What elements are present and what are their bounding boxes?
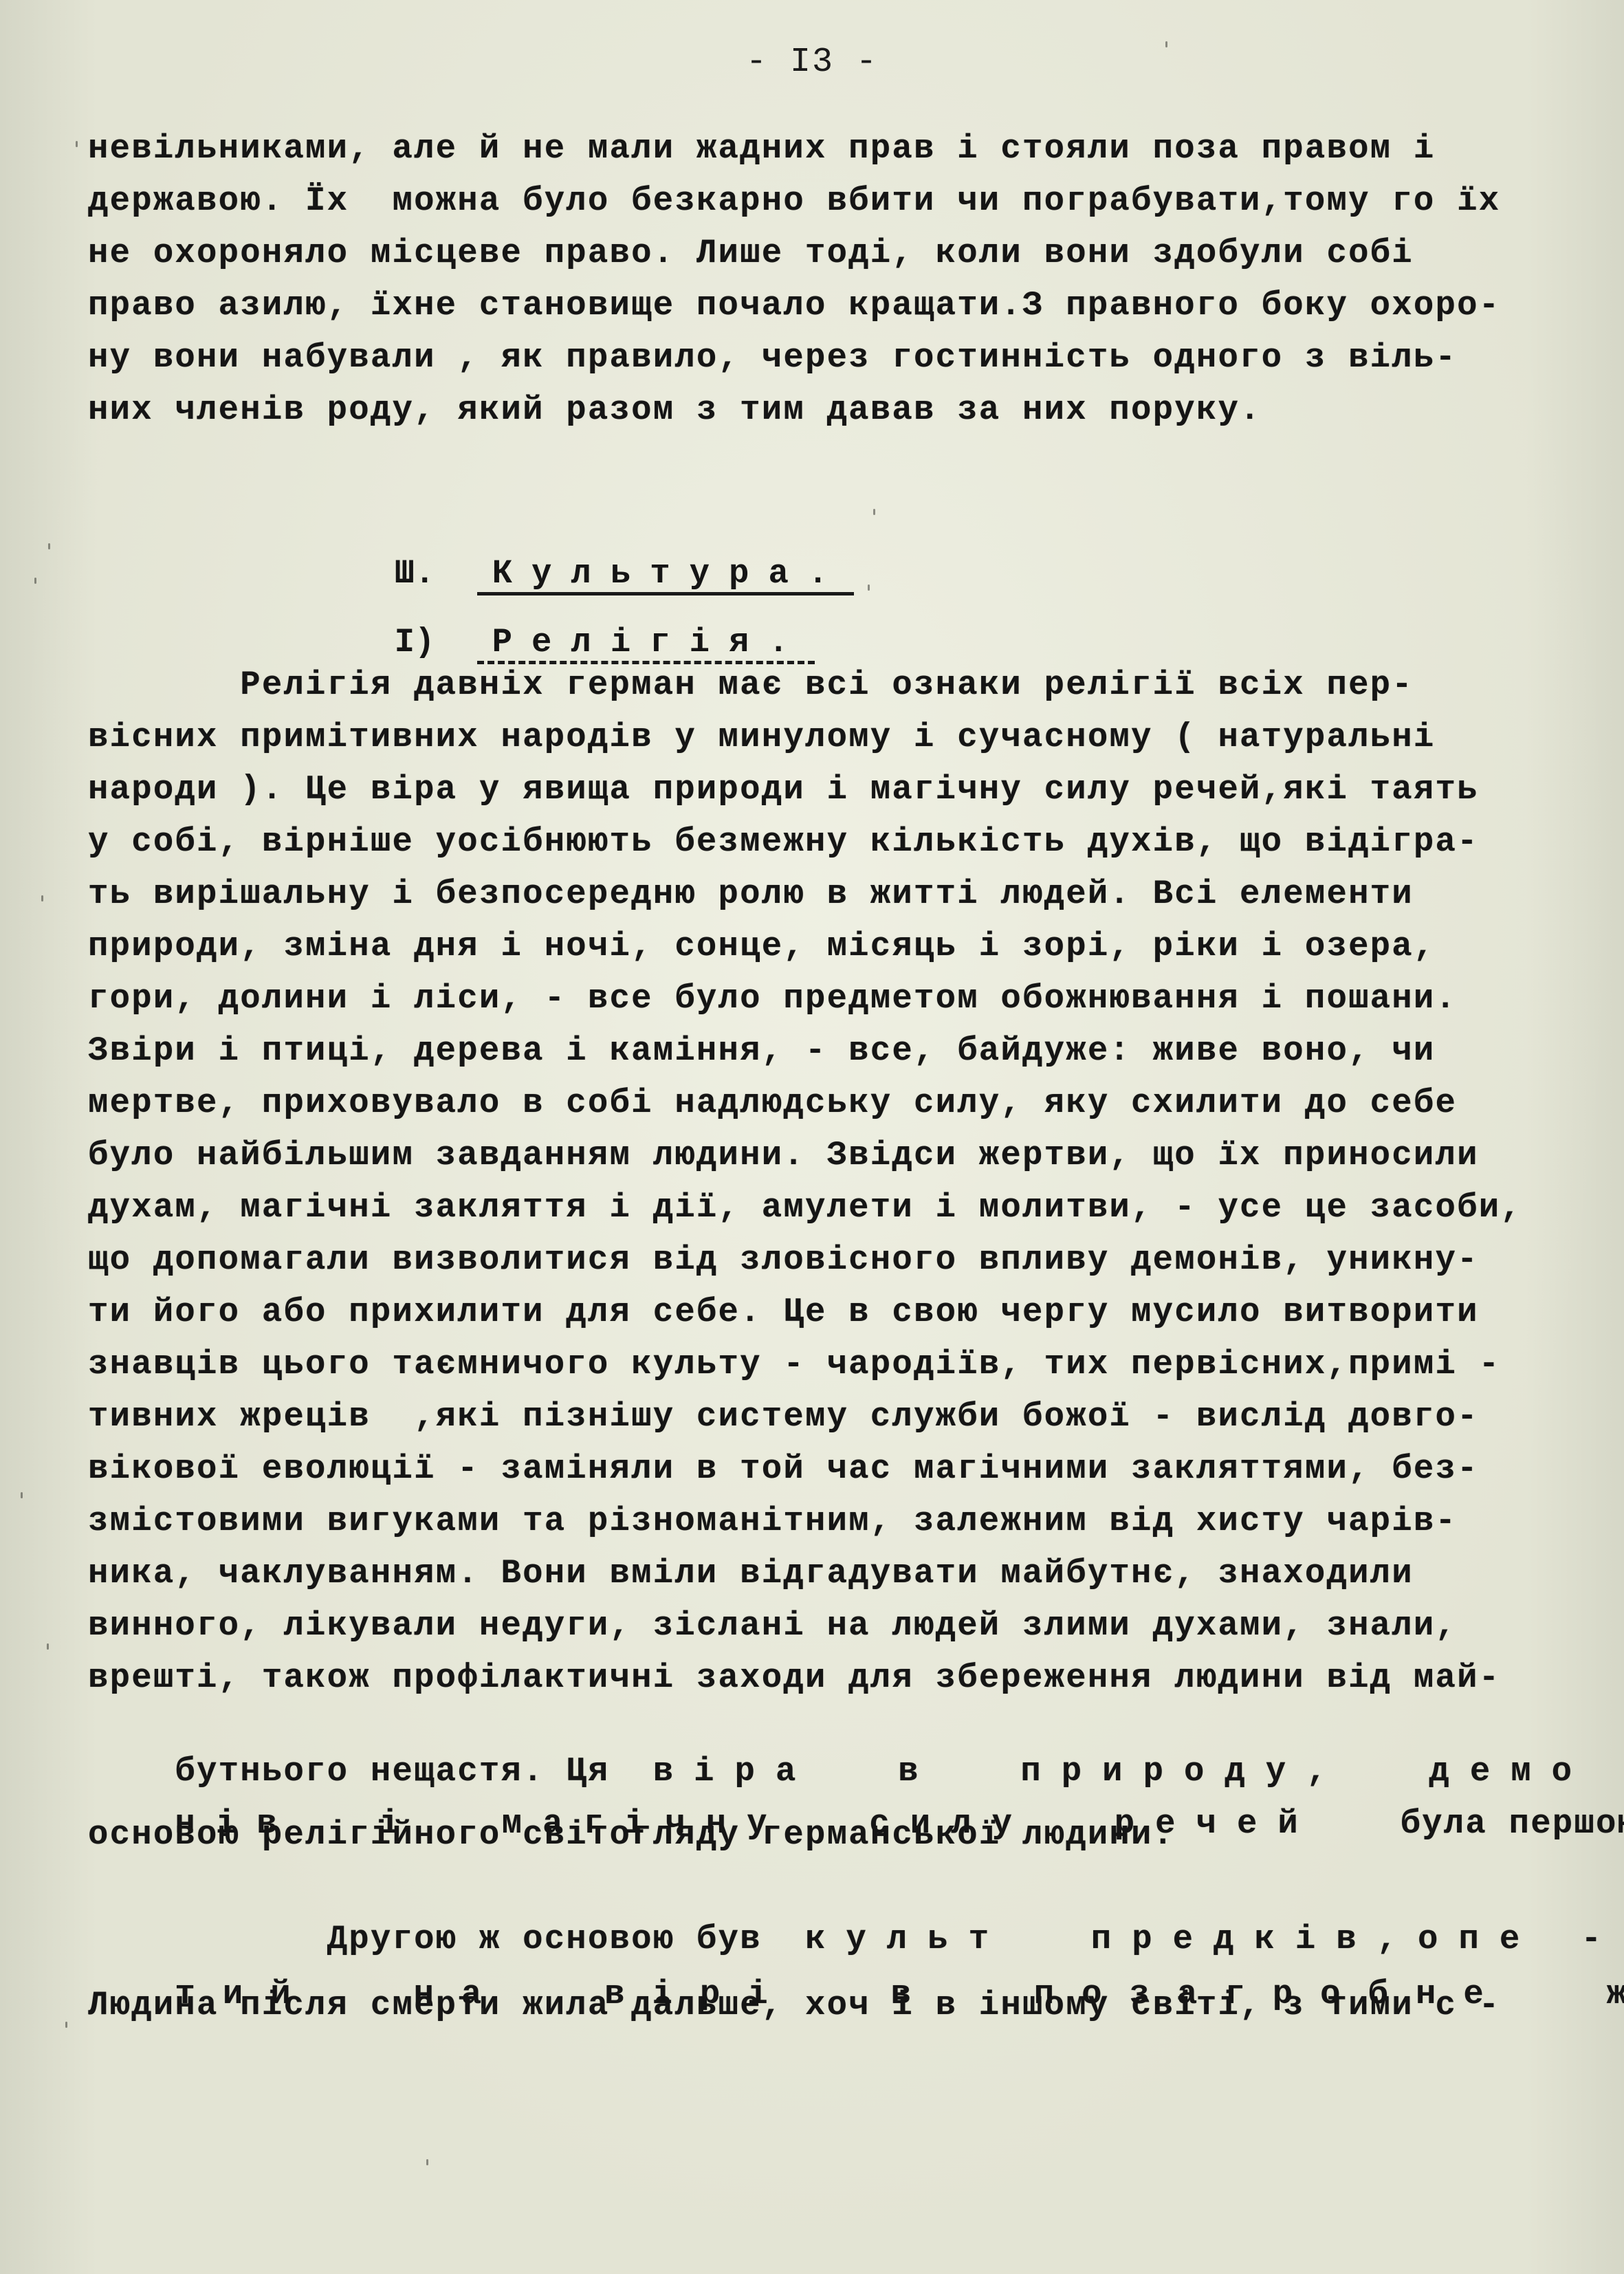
paper-speck [868,584,870,591]
text-line: Релігія давніх герман має всі ознаки рел… [88,664,1559,706]
paper-speck [1165,41,1167,47]
text-line: ника, чаклуванням. Вони вміли відгадуват… [88,1553,1559,1594]
text-line: ть вирішальну і безпосередню ролю в житт… [88,873,1559,915]
text-line: було найбільшим завданням людини. Звідси… [88,1135,1559,1176]
text-line: духам, магічні закляття і дії, амулети і… [88,1187,1559,1228]
text-line: вікової еволюції - заміняли в той час ма… [88,1448,1559,1489]
paper-speck [76,141,78,147]
text-line: ну вони набували , як правило, через гос… [88,337,1559,378]
paper-speck [426,2159,428,2165]
text-line: врешті, також профілактичні заходи для з… [88,1657,1559,1698]
text-line: знавців цього таємничого культу - чароді… [88,1344,1559,1385]
typewritten-page: - I3 - невільниками, але й не мали жадни… [0,0,1624,2274]
text-line: народи ). Це віра у явища природи і магі… [88,769,1559,810]
text-line: гори, долини і ліси, - все було предмето… [88,978,1559,1019]
subsection-number: I) [395,622,477,663]
paper-speck [873,509,875,515]
paper-speck [48,543,50,549]
text-line: право азилю, їхне становище почало краща… [88,285,1559,326]
text-line: ти його або прихилити для себе. Це в сво… [88,1291,1559,1333]
text-line: змістовими вигуками та різноманітним, за… [88,1500,1559,1542]
subsection-title: Релігія. [477,624,815,664]
text-line: них членів роду, який разом з тим давав … [88,389,1559,430]
text-line: що допомагали визволитися від зловісного… [88,1239,1559,1280]
text-line: мертве, приховувало в собі надлюдську си… [88,1082,1559,1124]
text-line: Звіри і птиці, дерева і каміння, - все, … [88,1030,1559,1071]
text-line: у собі, вірніше уосібнюють безмежну кіль… [88,821,1559,862]
paper-speck [34,578,36,584]
text-line: основою релігійного світогляду германськ… [88,1814,1559,1855]
paper-speck [481,2008,483,2014]
text-line: невільниками, але й не мали жадних прав … [88,128,1559,169]
text-line: тивних жреців ,які пізнішу систему служб… [88,1396,1559,1437]
paper-speck [21,1492,23,1498]
page-number: - I3 - [0,43,1624,82]
text-line: винного, лікували недуги, зіслані на люд… [88,1605,1559,1646]
text-line: не охороняло місцеве право. Лише тоді, к… [88,232,1559,274]
text-line: Людина після смерти жила дальше, хоч і в… [88,1985,1559,2026]
paper-speck [47,1643,49,1650]
text-line: природи, зміна дня і ночі, сонце, місяць… [88,926,1559,967]
text-line: вісних примітивних народів у минулому і … [88,717,1559,758]
text-line: державою. Їх можна було безкарно вбити ч… [88,180,1559,221]
paper-speck [65,2022,67,2028]
paper-speck [41,895,43,901]
